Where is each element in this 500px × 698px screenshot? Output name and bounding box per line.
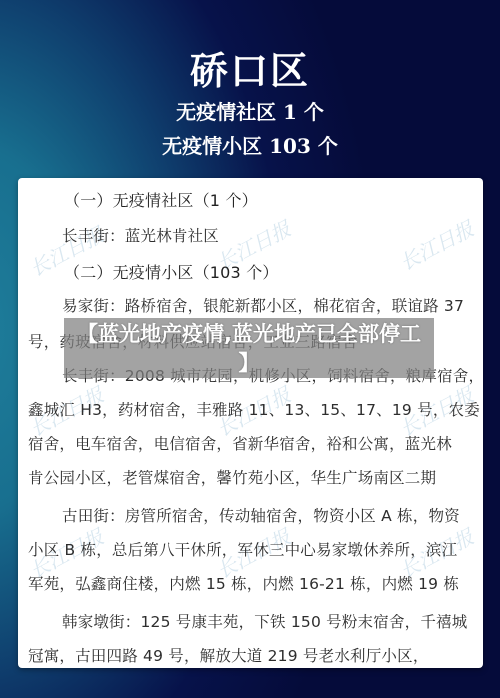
residential-line: 小区 B 栋，总后第八干休所，军休三中心易家墩休养所，滨江 [28,538,457,560]
content-card: 长江日报 长江日报 长江日报 长江日报 长江日报 长江日报 长江日报 长江日报 … [18,178,483,668]
district-title: 硚口区 [0,40,500,95]
section-heading-community: （一）无疫情社区（1 个） [64,188,258,211]
residential-line: 古田街：房管所宿舍，传动轴宿舍，物资小区 A 栋，物资 [62,504,460,526]
section-heading-residential: （二）无疫情小区（103 个） [64,260,279,283]
overlay-title-line2: 】 [64,349,434,378]
community-line: 长丰街：蓝光林肯社区 [62,224,219,246]
residential-line: 韩家墩街：125 号康丰苑，下铁 150 号粉末宿舍，千禧城 [62,610,467,632]
residential-line: 肯公园小区，老管煤宿舍，馨竹苑小区，华生广场南区二期 [28,466,436,488]
residential-line: 鑫城汇 H3，药材宿舍，丰雅路 11、13、15、17、19 号，农委 [28,398,480,420]
summary-residential-count: 无疫情小区 103 个 [0,130,500,159]
summary-community-count: 无疫情社区 1 个 [0,96,500,125]
overlay-title[interactable]: 【蓝光地产疫情,蓝光地产已全部停工 】 [64,320,434,378]
residential-line: 军苑，弘鑫商住楼，内燃 15 栋，内燃 16-21 栋，内燃 19 栋 [28,572,459,594]
residential-line: 冠寓，古田四路 49 号，解放大道 219 号老水利厅小区， [28,644,429,666]
overlay-title-line1: 【蓝光地产疫情,蓝光地产已全部停工 [64,320,434,349]
residential-line: 易家街：路桥宿舍，银舵新都小区，棉花宿舍，联谊路 37 [62,294,464,316]
title-overlay-banner[interactable]: 【蓝光地产疫情,蓝光地产已全部停工 】 [64,318,434,378]
residential-line: 宿舍，电车宿舍，电信宿舍，省新华宿舍，裕和公寓，蓝光林 [28,432,452,454]
watermark: 长江日报 [394,213,478,276]
